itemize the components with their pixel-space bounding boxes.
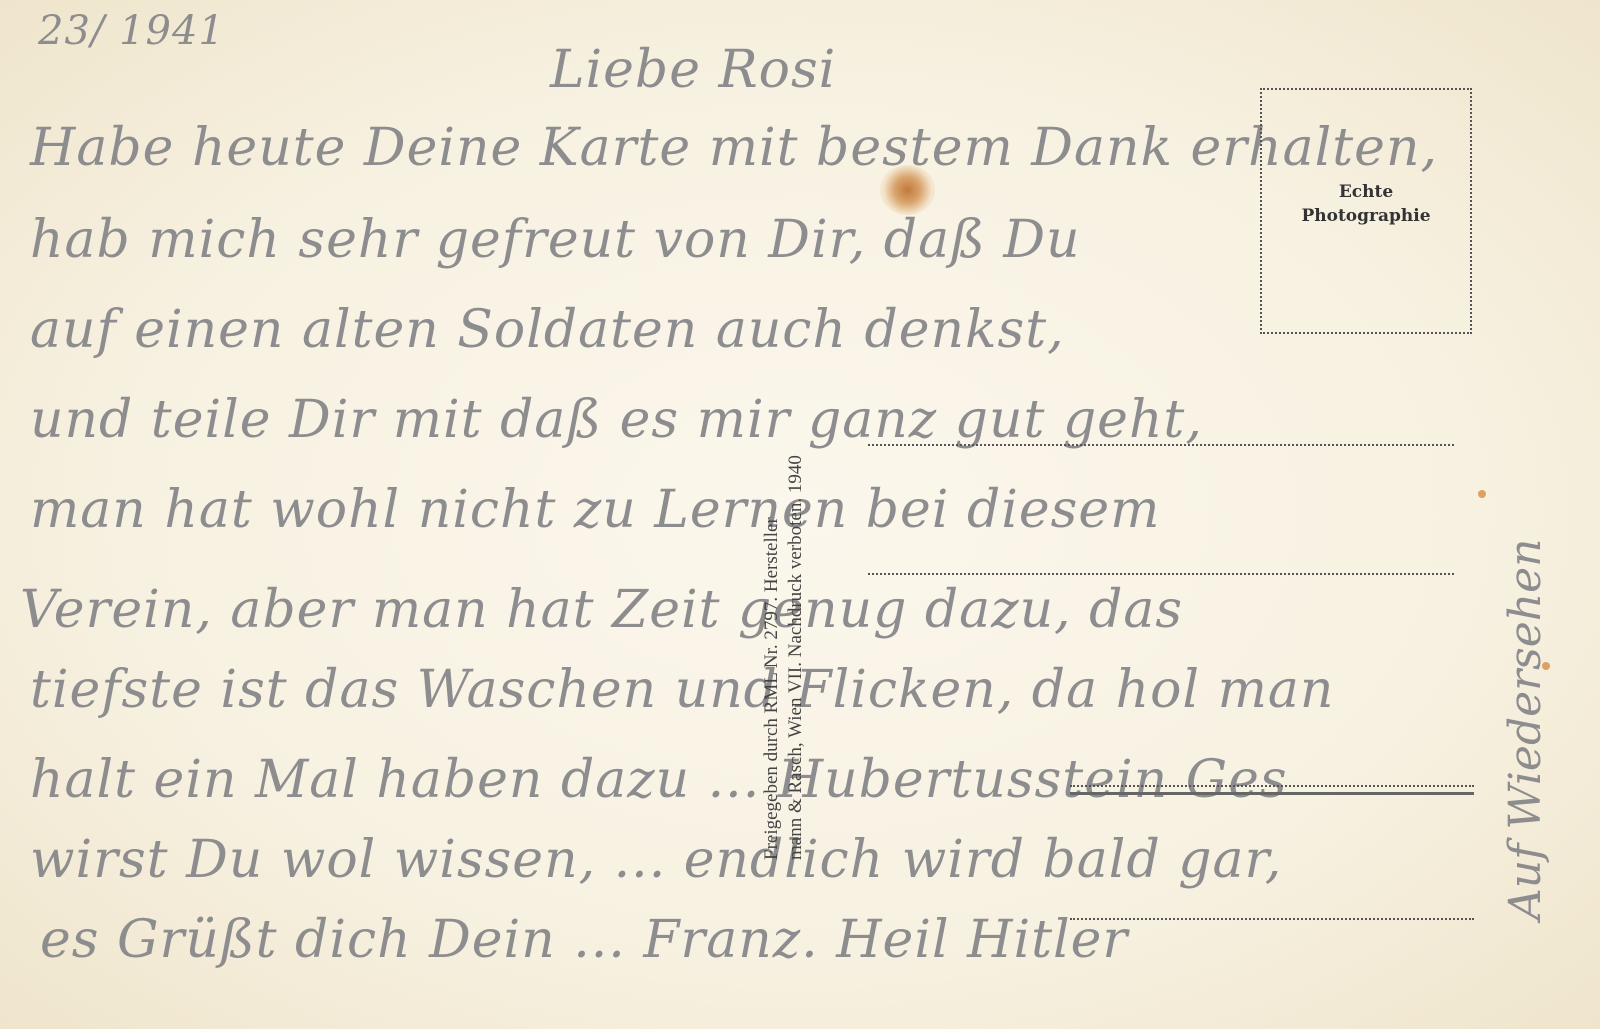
message-line: wirst Du wol wissen, ... endlich wird ba… [30, 830, 1282, 890]
imprint-line-1: Freigegeben durch RML Nr. 2797. Herstell… [760, 455, 784, 860]
message-line: auf einen alten Soldaten auch denkst, [30, 300, 1065, 360]
message-line: halt ein Mal haben dazu ... Hubertusstei… [30, 750, 1288, 810]
message-line: Verein, aber man hat Zeit genug dazu, da… [20, 580, 1183, 640]
message-line: Habe heute Deine Karte mit bestem Dank e… [30, 118, 1438, 178]
address-line-1 [868, 444, 1454, 446]
message-line: es Grüßt dich Dein ... Franz. Heil Hitle… [40, 910, 1128, 970]
stamp-text-echte: Echte [1262, 182, 1470, 202]
rust-stain [880, 165, 935, 215]
stamp-box: Echte Photographie [1260, 88, 1472, 334]
stain-dot [1478, 490, 1486, 498]
stamp-text-photographie: Photographie [1262, 206, 1470, 226]
message-line: man hat wohl nicht zu Lernen bei diesem [30, 480, 1160, 540]
postcard-back: 23/ 1941 Liebe Rosi Habe heute Deine Kar… [0, 0, 1600, 1029]
address-line-4 [1070, 918, 1474, 920]
side-note: Auf Wiedersehen [1500, 538, 1551, 920]
address-underline [1070, 792, 1474, 795]
message-line: tiefste ist das Waschen und Flicken, da … [30, 660, 1334, 720]
address-line-2 [868, 573, 1454, 575]
publisher-imprint: Freigegeben durch RML Nr. 2797. Herstell… [760, 455, 808, 860]
message-line: hab mich sehr gefreut von Dir, daß Du [30, 210, 1081, 270]
message-line: und teile Dir mit daß es mir ganz gut ge… [30, 390, 1203, 450]
date-note: 23/ 1941 [38, 8, 225, 54]
imprint-line-2: mann & Rasch, Wien VII. Nachdruck verbot… [784, 455, 808, 860]
address-line-3 [1070, 785, 1474, 787]
greeting: Liebe Rosi [550, 40, 836, 100]
